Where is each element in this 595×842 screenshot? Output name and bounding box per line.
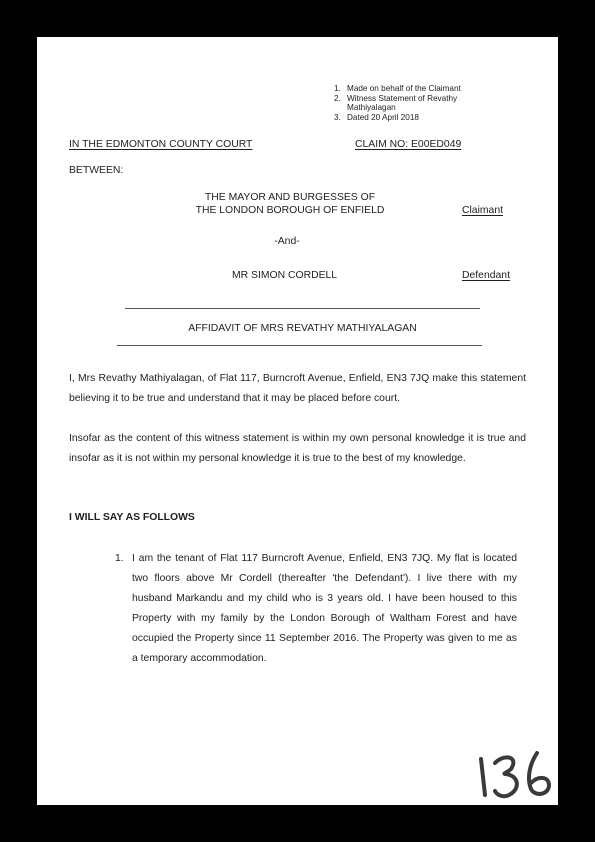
numbered-item: 1. I am the tenant of Flat 117 Burncroft…	[115, 549, 517, 669]
title-top-rule	[125, 308, 480, 309]
statement-paragraph: I, Mrs Revathy Mathiyalagan, of Flat 117…	[69, 369, 526, 409]
meta-item-text: Made on behalf of the Claimant	[347, 84, 497, 94]
knowledge-paragraph: Insofar as the content of this witness s…	[69, 429, 526, 469]
court-name: IN THE EDMONTON COUNTY COURT	[69, 139, 252, 150]
and-separator: -And-	[257, 236, 317, 249]
document-meta-list: 1. Made on behalf of the Claimant 2. Wit…	[334, 84, 497, 122]
defendant-name: MR SIMON CORDELL	[232, 270, 337, 283]
meta-item-number: 2.	[334, 94, 347, 113]
meta-item-text: Witness Statement of Revathy Mathiyalaga…	[347, 94, 497, 113]
meta-item-number: 1.	[334, 84, 347, 94]
meta-item: 1. Made on behalf of the Claimant	[334, 84, 497, 94]
claimant-name-line2: THE LONDON BOROUGH OF ENFIELD	[165, 205, 415, 218]
document-page: 1. Made on behalf of the Claimant 2. Wit…	[37, 37, 558, 805]
claim-number: CLAIM NO: E00ED049	[355, 139, 461, 150]
affidavit-title: AFFIDAVIT OF MRS REVATHY MATHIYALAGAN	[125, 323, 480, 334]
meta-item-text: Dated 20 April 2018	[347, 113, 497, 123]
meta-item: 3. Dated 20 April 2018	[334, 113, 497, 123]
claimant-name: THE MAYOR AND BURGESSES OF THE LONDON BO…	[165, 192, 415, 217]
numbered-item-text: I am the tenant of Flat 117 Burncroft Av…	[132, 549, 517, 669]
meta-item-number: 3.	[334, 113, 347, 123]
meta-item: 2. Witness Statement of Revathy Mathiyal…	[334, 94, 497, 113]
claimant-name-line1: THE MAYOR AND BURGESSES OF	[165, 192, 415, 205]
title-bottom-rule	[117, 345, 482, 346]
numbered-item-number: 1.	[115, 549, 132, 669]
defendant-role: Defendant	[462, 270, 510, 283]
handwritten-page-number	[469, 743, 558, 803]
claimant-role: Claimant	[462, 205, 503, 218]
section-heading: I WILL SAY AS FOLLOWS	[69, 512, 195, 523]
between-label: BETWEEN:	[69, 165, 123, 176]
